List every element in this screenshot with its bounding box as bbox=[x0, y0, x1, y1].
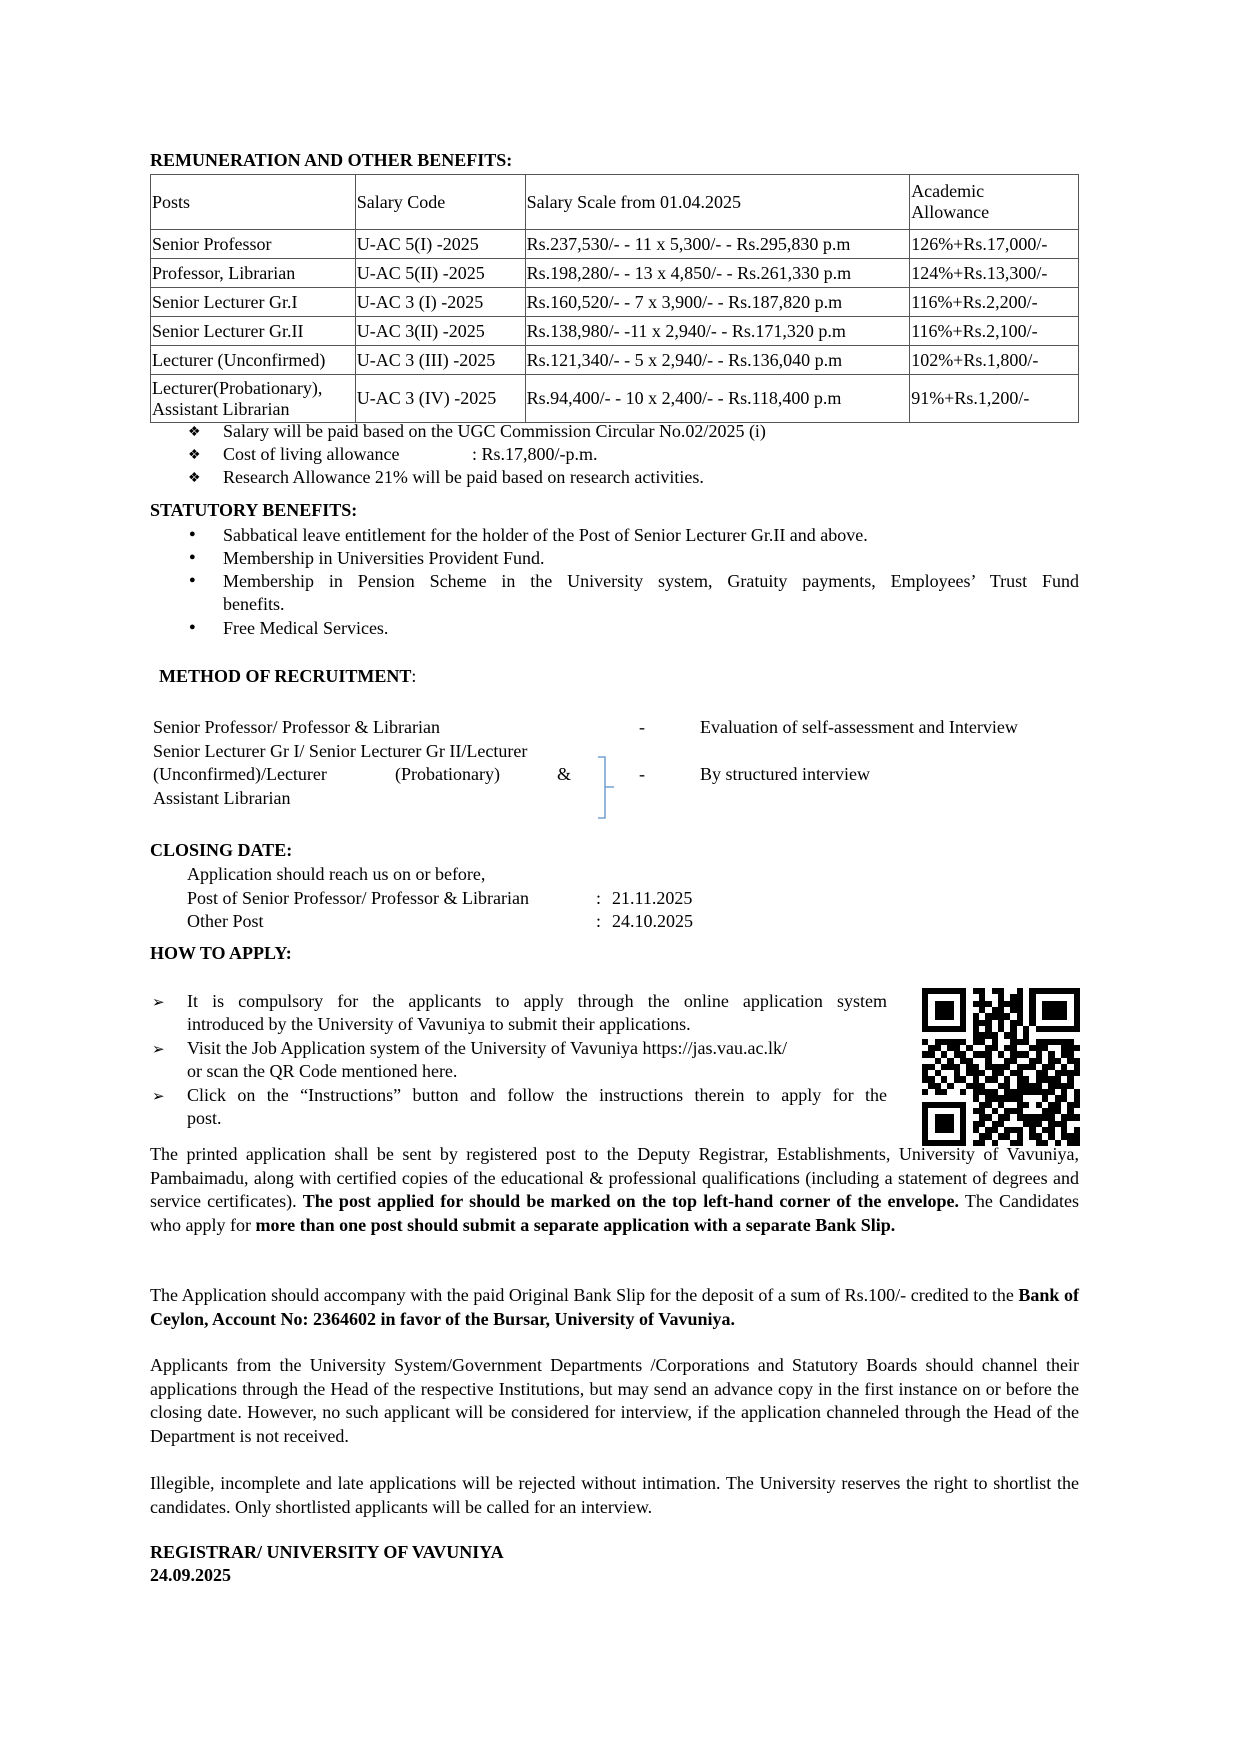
closing-separator: : bbox=[596, 910, 601, 932]
cell-code: U-AC 3 (III) -2025 bbox=[355, 346, 525, 375]
note-research-allowance: Research Allowance 21% will be paid base… bbox=[223, 466, 704, 488]
recruitment-posts: Senior Professor/ Professor & Librarian bbox=[153, 716, 440, 738]
closing-date-value: 24.10.2025 bbox=[612, 910, 693, 932]
closing-label: Post of Senior Professor/ Professor & Li… bbox=[187, 887, 529, 909]
table-row: Lecturer(Probationary),Assistant Librari… bbox=[151, 375, 1079, 423]
cell-scale: Rs.121,340/- - 5 x 2,940/- - Rs.136,040 … bbox=[525, 346, 910, 375]
cell-post: Senior Lecturer Gr.II bbox=[151, 317, 356, 346]
apply-step-continued: or scan the QR Code mentioned here. bbox=[187, 1060, 457, 1082]
recruitment-posts: (Probationary) bbox=[395, 763, 500, 785]
cell-code: U-AC 3 (IV) -2025 bbox=[355, 375, 525, 423]
paragraph-rejection-notice: Illegible, incomplete and late applicati… bbox=[150, 1472, 1079, 1519]
closing-separator: : bbox=[596, 887, 601, 909]
recruitment-posts: Senior Lecturer Gr I/ Senior Lecturer Gr… bbox=[153, 740, 527, 762]
closing-date-value: 21.11.2025 bbox=[612, 887, 692, 909]
qr-code-icon[interactable] bbox=[922, 988, 1080, 1146]
diamond-bullet-icon: ❖ bbox=[188, 447, 201, 464]
bullet-icon: ● bbox=[189, 551, 196, 563]
cell-scale: Rs.160,520/- - 7 x 3,900/- - Rs.187,820 … bbox=[525, 288, 910, 317]
paragraph-bank-slip: The Application should accompany with th… bbox=[150, 1284, 1079, 1331]
statutory-item-continued: benefits. bbox=[223, 593, 284, 615]
cell-scale: Rs.237,530/- - 11 x 5,300/- - Rs.295,830… bbox=[525, 230, 910, 259]
cell-scale: Rs.138,980/- -11 x 2,940/- - Rs.171,320 … bbox=[525, 317, 910, 346]
cell-code: U-AC 3 (I) -2025 bbox=[355, 288, 525, 317]
recruitment-heading: METHOD OF RECRUITMENT: bbox=[159, 666, 416, 687]
bullet-icon: ● bbox=[189, 574, 196, 586]
table-row: Lecturer (Unconfirmed) U-AC 3 (III) -202… bbox=[151, 346, 1079, 375]
statutory-item: Membership in Pension Scheme in the Univ… bbox=[223, 570, 1079, 592]
table-row: Senior Professor U-AC 5(I) -2025 Rs.237,… bbox=[151, 230, 1079, 259]
bullet-icon: ● bbox=[189, 528, 196, 540]
column-header-posts: Posts bbox=[151, 175, 356, 230]
cell-allowance: 102%+Rs.1,800/- bbox=[910, 346, 1079, 375]
paragraph-channel-applications: Applicants from the University System/Go… bbox=[150, 1354, 1079, 1448]
statutory-item: Free Medical Services. bbox=[223, 617, 388, 639]
closing-intro: Application should reach us on or before… bbox=[187, 863, 485, 885]
recruitment-dash: - bbox=[639, 716, 645, 738]
recruitment-posts: Assistant Librarian bbox=[153, 787, 290, 809]
cell-code: U-AC 3(II) -2025 bbox=[355, 317, 525, 346]
table-row: Professor, Librarian U-AC 5(II) -2025 Rs… bbox=[151, 259, 1079, 288]
note-salary-circular: Salary will be paid based on the UGC Com… bbox=[223, 420, 766, 442]
statutory-item: Membership in Universities Provident Fun… bbox=[223, 547, 544, 569]
diamond-bullet-icon: ❖ bbox=[188, 424, 201, 441]
apply-step-continued: introduced by the University of Vavuniya… bbox=[187, 1013, 691, 1035]
column-header-salary-scale: Salary Scale from 01.04.2025 bbox=[525, 175, 910, 230]
recruitment-method: Evaluation of self-assessment and Interv… bbox=[700, 716, 1018, 738]
salary-table: Posts Salary Code Salary Scale from 01.0… bbox=[150, 174, 1079, 423]
cell-post: Senior Professor bbox=[151, 230, 356, 259]
cell-post: Senior Lecturer Gr.I bbox=[151, 288, 356, 317]
apply-step-continued: post. bbox=[187, 1107, 222, 1129]
statutory-item: Sabbatical leave entitlement for the hol… bbox=[223, 524, 868, 546]
cell-scale: Rs.198,280/- - 13 x 4,850/- - Rs.261,330… bbox=[525, 259, 910, 288]
cell-allowance: 91%+Rs.1,200/- bbox=[910, 375, 1079, 423]
remuneration-heading: REMUNERATION AND OTHER BENEFITS: bbox=[150, 150, 512, 171]
note-cost-of-living-value: : Rs.17,800/-p.m. bbox=[472, 443, 598, 465]
diamond-bullet-icon: ❖ bbox=[188, 470, 201, 487]
paragraph-postal-instructions: The printed application shall be sent by… bbox=[150, 1143, 1079, 1237]
note-cost-of-living: Cost of living allowance bbox=[223, 443, 399, 465]
apply-step: It is compulsory for the applicants to a… bbox=[187, 990, 887, 1012]
cell-post: Lecturer(Probationary),Assistant Librari… bbox=[151, 375, 356, 423]
bullet-icon: ● bbox=[189, 621, 196, 633]
cell-allowance: 116%+Rs.2,200/- bbox=[910, 288, 1079, 317]
signature-title: REGISTRAR/ UNIVERSITY OF VAVUNIYA bbox=[150, 1542, 504, 1563]
table-row: Senior Lecturer Gr.II U-AC 3(II) -2025 R… bbox=[151, 317, 1079, 346]
recruitment-method: By structured interview bbox=[700, 763, 870, 785]
apply-step[interactable]: Visit the Job Application system of the … bbox=[187, 1037, 787, 1059]
closing-date-heading: CLOSING DATE: bbox=[150, 840, 292, 861]
cell-allowance: 116%+Rs.2,100/- bbox=[910, 317, 1079, 346]
cell-allowance: 124%+Rs.13,300/- bbox=[910, 259, 1079, 288]
how-to-apply-heading: HOW TO APPLY: bbox=[150, 943, 292, 964]
cell-post: Professor, Librarian bbox=[151, 259, 356, 288]
cell-allowance: 126%+Rs.17,000/- bbox=[910, 230, 1079, 259]
arrow-bullet-icon: ➢ bbox=[152, 1040, 165, 1059]
column-header-academic-allowance: AcademicAllowance bbox=[910, 175, 1079, 230]
recruitment-posts: (Unconfirmed)/Lecturer bbox=[153, 763, 327, 785]
cell-code: U-AC 5(I) -2025 bbox=[355, 230, 525, 259]
cell-code: U-AC 5(II) -2025 bbox=[355, 259, 525, 288]
table-row: Senior Lecturer Gr.I U-AC 3 (I) -2025 Rs… bbox=[151, 288, 1079, 317]
recruitment-dash: - bbox=[639, 763, 645, 785]
cell-scale: Rs.94,400/- - 10 x 2,400/- - Rs.118,400 … bbox=[525, 375, 910, 423]
right-brace-icon bbox=[596, 755, 616, 821]
arrow-bullet-icon: ➢ bbox=[152, 1087, 165, 1106]
table-header-row: Posts Salary Code Salary Scale from 01.0… bbox=[151, 175, 1079, 230]
signature-date: 24.09.2025 bbox=[150, 1565, 231, 1586]
recruitment-posts: & bbox=[557, 763, 571, 785]
cell-post: Lecturer (Unconfirmed) bbox=[151, 346, 356, 375]
arrow-bullet-icon: ➢ bbox=[152, 993, 165, 1012]
column-header-salary-code: Salary Code bbox=[355, 175, 525, 230]
closing-label: Other Post bbox=[187, 910, 264, 932]
statutory-heading: STATUTORY BENEFITS: bbox=[150, 500, 357, 521]
apply-step: Click on the “Instructions” button and f… bbox=[187, 1084, 887, 1106]
